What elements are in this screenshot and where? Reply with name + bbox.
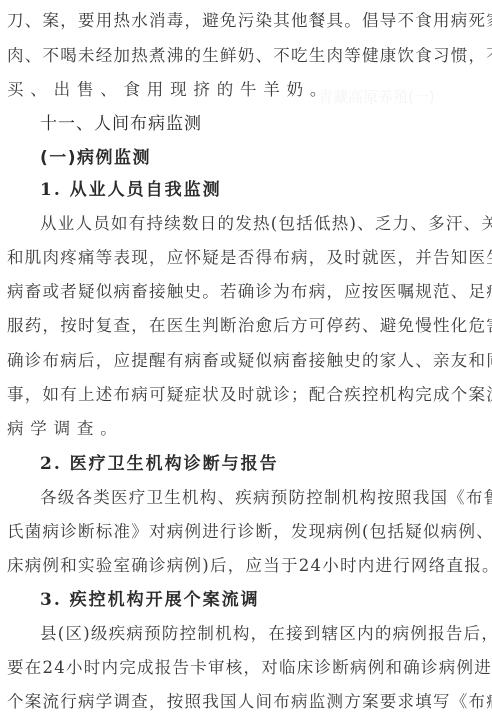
paragraph-line: 氏 菌 病 诊 断 标 准 》 对 病 例 进 行 诊 断 ， 发 现 病 例 … [7, 519, 485, 545]
item-1-heading: 1. 从业人员自我监测 [40, 177, 222, 203]
paragraph-line: 买、出售、食用现挤的牛羊奶。 [7, 77, 485, 103]
paragraph-line: 病 畜 或 者 疑 似 病 畜 接 触 史 。 若 确 诊 为 布 病 ， 应 … [7, 279, 485, 305]
subsection-heading: (一)病例监测 [40, 145, 151, 171]
paragraph-line: 从 业 人 员 如 有 持 续 数 日 的 发 热 ( 包 括 低 热 ) 、 … [40, 211, 485, 237]
paragraph-line: 和 肌 肉 疼 痛 等 表 现 ， 应 怀 疑 是 否 得 布 病 ， 及 时 … [7, 245, 485, 271]
item-2-heading: 2. 医疗卫生机构诊断与报告 [40, 451, 279, 477]
paragraph-line: 服 药 ， 按 时 复 查 ， 在 医 生 判 断 治 愈 后 方 可 停 药 … [7, 313, 485, 339]
section-heading: 十一、人间布病监测 [40, 111, 202, 137]
paragraph-line: 刀 、 案 ， 要 用 热 水 消 毒 ， 避 免 污 染 其 他 餐 具 。 … [7, 8, 485, 34]
document-page: 青藏高原养殖(一) 刀 、 案 ， 要 用 热 水 消 毒 ， 避 免 污 染 … [0, 0, 492, 719]
paragraph-line: 各 级 各 类 医 疗 卫 生 机 构 、 疾 病 预 防 控 制 机 构 按 … [40, 485, 485, 511]
paragraph-line: 要 在 2 4 小 时 内 完 成 报 告 卡 审 核 ， 对 临 床 诊 断 … [7, 655, 485, 681]
item-3-heading: 3. 疾控机构开展个案流调 [40, 587, 260, 613]
paragraph-line: 个 案 流 行 病 学 调 查 ， 按 照 我 国 人 间 布 病 监 测 方 … [7, 689, 485, 715]
paragraph-line: 肉 、 不 喝 未 经 加 热 煮 沸 的 生 鲜 奶 、 不 吃 生 肉 等 … [7, 43, 485, 69]
paragraph-line: 确 诊 布 病 后 ， 应 提 醒 有 病 畜 或 疑 似 病 畜 接 触 史 … [7, 348, 485, 374]
paragraph-line: 事 ， 如 有 上 述 布 病 可 疑 症 状 及 时 就 诊 ； 配 合 疾 … [7, 382, 485, 408]
paragraph-line: 床 病 例 和 实 验 室 确 诊 病 例 ) 后 ， 应 当 于 2 4 小 … [7, 553, 485, 579]
paragraph-line: 县 ( 区 ) 级 疾 病 预 防 控 制 机 构 ， 在 接 到 辖 区 内 … [40, 621, 485, 647]
paragraph-line: 病学调查。 [7, 416, 485, 442]
